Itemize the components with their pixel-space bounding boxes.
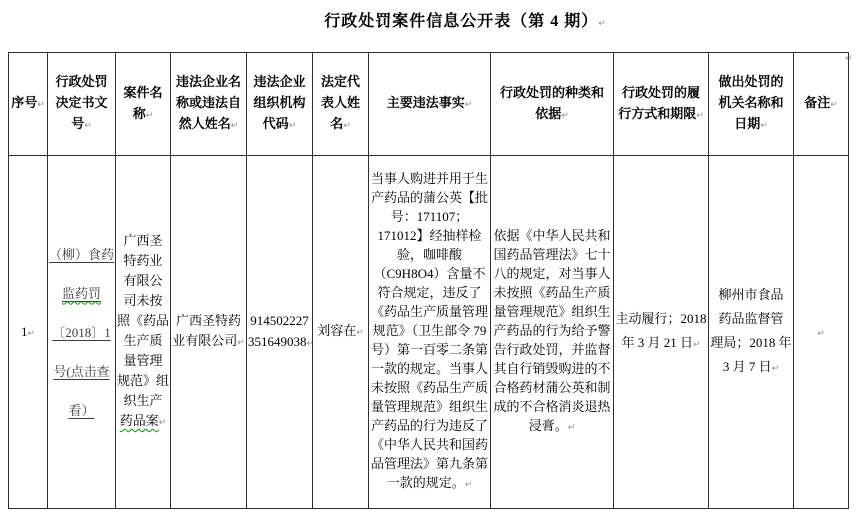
cell-facts: 当事人购进并用于生产药品的蒲公英【批号：171107；171012】经抽样检验，…	[369, 156, 491, 509]
cell-remark: ↵	[794, 156, 849, 509]
paragraph-mark: ↵	[817, 329, 825, 339]
paragraph-mark: ↵	[772, 364, 780, 374]
paragraph-mark: ↵	[598, 19, 606, 29]
header-case-name: 案件名 称↵	[116, 53, 171, 156]
header-company: 违法企业名 称或违法自 然人姓名↵	[171, 53, 247, 156]
paragraph-mark: ↵	[568, 423, 576, 433]
header-seq: 序号↵	[9, 53, 48, 156]
paragraph-mark: ↵	[696, 111, 704, 121]
cell-fulfillment: 主动履行；2018 年 3 月 21 日↵	[614, 156, 709, 509]
penalty-table: 序号↵ 行政处罚 决定书文 号↵ 案件名 称↵ 违法企业名 称或违法自 然人姓名…	[8, 52, 849, 509]
header-org-code: 违法企业 组织机构 代码↵	[247, 53, 313, 156]
cell-authority-date: 柳州市食品 药品监督管 理局；2018 年 3 月 7 日↵	[709, 156, 794, 509]
paragraph-mark: ↵	[356, 328, 364, 338]
header-row: 序号↵ 行政处罚 决定书文 号↵ 案件名 称↵ 违法企业名 称或违法自 然人姓名…	[9, 53, 849, 156]
header-remark: 备注↵	[794, 53, 849, 156]
table-row: 1↵ （柳）食药 监药罚 〔2018〕1 号(点击查 看） 广西圣 特药业 有限…	[9, 156, 849, 509]
header-facts: 主要违法事实↵	[369, 53, 491, 156]
cell-org-code: 914502227 351649038↵	[247, 156, 313, 509]
cell-legal-rep: 刘容在↵	[313, 156, 369, 509]
cell-doc-no: （柳）食药 监药罚 〔2018〕1 号(点击查 看）	[48, 156, 116, 509]
paragraph-mark: ↵	[146, 111, 154, 121]
decision-doc-link[interactable]: （柳）食药 监药罚 〔2018〕1 号(点击查 看）	[49, 247, 114, 418]
paragraph-mark: ↵	[465, 100, 473, 110]
page-title-text: 行政处罚案件信息公开表（第 4 期）	[324, 13, 598, 30]
paragraph-mark: ↵	[830, 100, 838, 110]
header-legal-rep: 法定代 表人姓 名↵	[313, 53, 369, 156]
paragraph-mark: ↵	[760, 121, 768, 131]
paragraph-mark: ↵	[465, 480, 473, 490]
cell-company: 广西圣特药 业有限公司↵	[171, 156, 247, 509]
paragraph-mark: ↵	[37, 100, 45, 110]
paragraph-mark: ↵	[159, 418, 167, 428]
header-fulfillment: 行政处罚的履 行方式和期限↵	[614, 53, 709, 156]
header-doc-no: 行政处罚 决定书文 号↵	[48, 53, 116, 156]
header-penalty-type-basis: 行政处罚的种类和 依据↵	[491, 53, 614, 156]
page-title: 行政处罚案件信息公开表（第 4 期）↵	[0, 8, 856, 31]
paragraph-mark: ↵	[84, 121, 92, 131]
cell-case-name: 广西圣 特药业 有限公 司未按 照《药品 生产质 量管理 规范》组 织生产 药品…	[116, 156, 171, 509]
paragraph-mark: ↵	[561, 111, 569, 121]
paragraph-mark: ↵	[27, 329, 35, 339]
paragraph-mark: ↵	[289, 121, 297, 131]
paragraph-mark: ↵	[307, 339, 313, 349]
paragraph-mark: ↵	[343, 121, 351, 131]
cell-penalty-type-basis: 依据《中华人民共和国药品管理法》七十八的规定，对当事人未按照《药品生产质量管理规…	[491, 156, 614, 509]
cell-seq: 1↵	[9, 156, 48, 509]
header-authority-date: 做出处罚的 机关名称和 日期↵	[709, 53, 794, 156]
paragraph-mark: ↵	[231, 121, 239, 131]
paragraph-mark: ↵	[237, 338, 245, 348]
paragraph-mark: ↵	[693, 340, 701, 350]
